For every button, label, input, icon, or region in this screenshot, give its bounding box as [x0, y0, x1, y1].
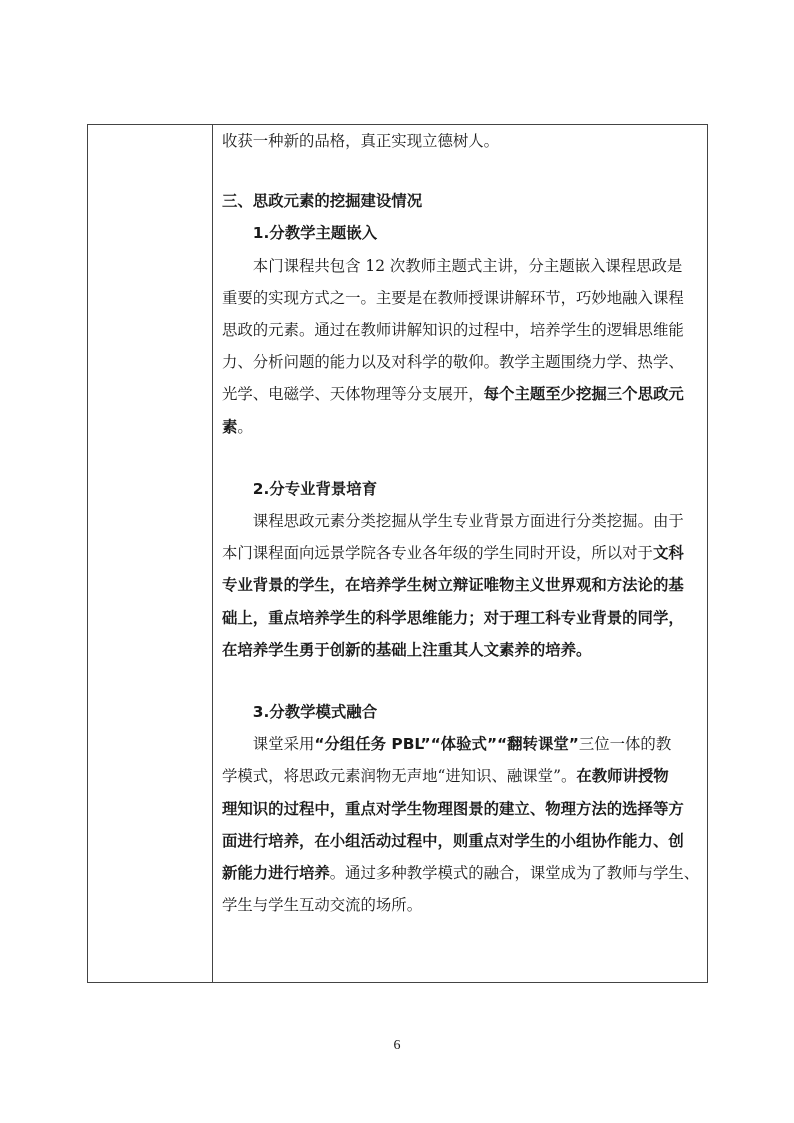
paragraph-line: 础上，重点培养学生的科学思维能力；对于理工科专业背景的同学， — [222, 602, 700, 634]
paragraph-line: 在培养学生勇于创新的基础上注重其人文素养的培养。 — [222, 634, 700, 666]
body-text: 本门课程共包含 12 次教师主题式主讲，分主题嵌入课程思政是 — [253, 257, 683, 275]
page-number: 6 — [0, 1038, 794, 1054]
paragraph-line: 课堂采用“分组任务 PBL”“体验式”“翻转课堂”三位一体的教 — [222, 728, 700, 760]
body-text: 三位一体的教 — [579, 735, 671, 753]
bold-text: 在培养学生勇于创新的基础上注重其人文素养的培养。 — [222, 641, 591, 659]
bold-text: 在教师讲授物 — [576, 767, 668, 785]
section-heading: 三、思政元素的挖掘建设情况 — [222, 185, 700, 217]
subsection: 3.分教学模式融合课堂采用“分组任务 PBL”“体验式”“翻转课堂”三位一体的教… — [222, 696, 700, 921]
paragraph-line: 本门课程面向远景学院各专业各年级的学生同时开设，所以对于文科 — [222, 537, 700, 569]
body-text: 学模式，将思政元素润物无声地“进知识、融课堂”。 — [222, 767, 576, 785]
body-text: 。通过多种教学模式的融合，课堂成为了教师与学生、 — [330, 864, 699, 882]
bold-text: 素 — [222, 418, 237, 436]
body-text: 本门课程面向远景学院各专业各年级的学生同时开设，所以对于 — [222, 544, 653, 562]
table-content-cell: 收获一种新的品格，真正实现立德树人。 三、思政元素的挖掘建设情况 1.分教学主题… — [222, 125, 700, 921]
bold-text: 文科 — [653, 544, 684, 562]
bold-text: 理知识的过程中，重点对学生物理图景的建立、物理方法的选择等方 — [222, 800, 684, 818]
bold-text: 专业背景的学生，在培养学生树立辩证唯物主义世界观和方法论的基 — [222, 576, 684, 594]
paragraph-line: 课程思政元素分类挖掘从学生专业背景方面进行分类挖掘。由于 — [222, 505, 700, 537]
subsection-title: 1.分教学主题嵌入 — [222, 217, 700, 249]
carryover-text: 收获一种新的品格，真正实现立德树人。 — [222, 125, 700, 157]
paragraph-line: 专业背景的学生，在培养学生树立辩证唯物主义世界观和方法论的基 — [222, 569, 700, 601]
body-text: 力、分析问题的能力以及对科学的敬仰。教学主题围绕力学、热学、 — [222, 353, 684, 371]
body-text: 课堂采用 — [253, 735, 315, 753]
subsection: 2.分专业背景培育课程思政元素分类挖掘从学生专业背景方面进行分类挖掘。由于本门课… — [222, 473, 700, 666]
paragraph-line: 力、分析问题的能力以及对科学的敬仰。教学主题围绕力学、热学、 — [222, 346, 700, 378]
subsection-title: 3.分教学模式融合 — [222, 696, 700, 728]
body-text: 学生与学生互动交流的场所。 — [222, 896, 422, 914]
subsection: 1.分教学主题嵌入本门课程共包含 12 次教师主题式主讲，分主题嵌入课程思政是重… — [222, 217, 700, 442]
content-table: 收获一种新的品格，真正实现立德树人。 三、思政元素的挖掘建设情况 1.分教学主题… — [87, 124, 708, 983]
bold-text: 每个主题至少挖掘三个思政元 — [484, 385, 684, 403]
paragraph-line: 思政的元素。通过在教师讲解知识的过程中，培养学生的逻辑思维能 — [222, 314, 700, 346]
body-text: 重要的实现方式之一。主要是在教师授课讲解环节，巧妙地融入课程 — [222, 289, 684, 307]
paragraph-line: 素。 — [222, 411, 700, 443]
bold-text: 面进行培养，在小组活动过程中，则重点对学生的小组协作能力、创 — [222, 832, 684, 850]
paragraph-line: 新能力进行培养。通过多种教学模式的融合，课堂成为了教师与学生、 — [222, 857, 700, 889]
paragraph-line: 学模式，将思政元素润物无声地“进知识、融课堂”。在教师讲授物 — [222, 760, 700, 792]
subsection-title: 2.分专业背景培育 — [222, 473, 700, 505]
paragraph-line: 本门课程共包含 12 次教师主题式主讲，分主题嵌入课程思政是 — [222, 250, 700, 282]
body-text: 。 — [237, 418, 252, 436]
body-text: 课程思政元素分类挖掘从学生专业背景方面进行分类挖掘。由于 — [253, 512, 684, 530]
body-text: 光学、电磁学、天体物理等分支展开， — [222, 385, 484, 403]
bold-text: 础上，重点培养学生的科学思维能力；对于理工科专业背景的同学， — [222, 609, 684, 627]
body-text: 思政的元素。通过在教师讲解知识的过程中，培养学生的逻辑思维能 — [222, 321, 684, 339]
paragraph-line: 光学、电磁学、天体物理等分支展开，每个主题至少挖掘三个思政元 — [222, 378, 700, 410]
paragraph-line: 学生与学生互动交流的场所。 — [222, 889, 700, 921]
table-left-cell — [88, 125, 213, 982]
paragraph-line: 面进行培养，在小组活动过程中，则重点对学生的小组协作能力、创 — [222, 825, 700, 857]
bold-text: 新能力进行培养 — [222, 864, 330, 882]
bold-text: “分组任务 PBL”“体验式”“翻转课堂” — [314, 735, 578, 753]
paragraph-line: 重要的实现方式之一。主要是在教师授课讲解环节，巧妙地融入课程 — [222, 282, 700, 314]
paragraph-line: 理知识的过程中，重点对学生物理图景的建立、物理方法的选择等方 — [222, 793, 700, 825]
